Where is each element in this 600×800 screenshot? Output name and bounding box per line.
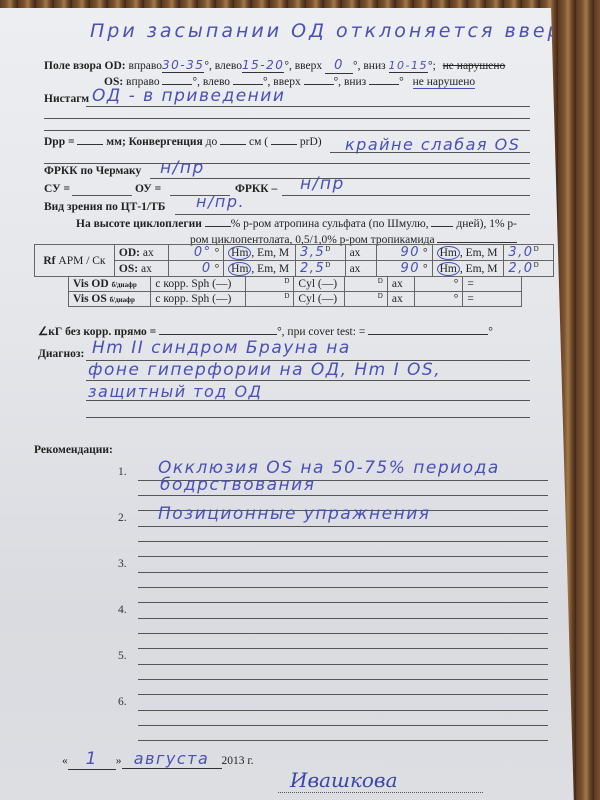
- od-right-field[interactable]: 30-35: [162, 58, 204, 73]
- recommendation-number: 6.: [118, 696, 127, 708]
- date-month-field[interactable]: августа: [122, 749, 222, 769]
- recommendation-line[interactable]: [138, 587, 548, 588]
- atropine-field[interactable]: [205, 226, 231, 227]
- recommendation-line[interactable]: [138, 618, 548, 619]
- prd-label: prD): [300, 136, 322, 148]
- medical-form-sheet: При засыпании ОД отклоняется вверх Поле …: [0, 8, 574, 800]
- rf-os-hm2-circled[interactable]: Hm: [437, 262, 460, 276]
- rf-od-hm2-circled[interactable]: Hm: [437, 246, 460, 260]
- convergence-to-label: до: [206, 136, 218, 148]
- recommendation-text[interactable]: Позиционные упражнения: [158, 504, 430, 524]
- cycloplegia-text1: % р-ром атропина сульфата (по Шмулю,: [231, 218, 429, 230]
- rf-title-cell: Rf АРМ / Ск: [35, 245, 115, 277]
- vision-type-label: Вид зрения по ЦТ-1/ТБ: [44, 201, 165, 213]
- od-up-field[interactable]: 0: [325, 58, 353, 74]
- recommendation-line[interactable]: [138, 710, 548, 711]
- nystagmus-label: Нистагм: [44, 93, 89, 105]
- ax-label: ax: [143, 247, 154, 259]
- degree-sign: °: [423, 263, 428, 275]
- os-left-field[interactable]: [233, 84, 263, 85]
- recommendation-line[interactable]: [138, 495, 548, 496]
- recommendation-line[interactable]: [138, 526, 548, 527]
- vis-od-cyl-field[interactable]: D: [345, 277, 388, 292]
- equals-sign: =: [467, 293, 474, 305]
- vis-od-sph-field[interactable]: D: [245, 277, 294, 292]
- diagnosis-line-1[interactable]: Нm II синдром Брауна на: [92, 338, 351, 358]
- form-line: [86, 400, 530, 401]
- ax-label: ax: [387, 292, 414, 307]
- recommendation-number: 5.: [118, 650, 127, 662]
- rf-options: , Em, M: [251, 263, 289, 275]
- degree-sign: °: [454, 278, 459, 290]
- vis-os-cyl-field[interactable]: D: [345, 292, 388, 307]
- recommendation-line[interactable]: [138, 633, 548, 634]
- rf-os-ax1[interactable]: 0: [202, 261, 212, 276]
- os-down-field[interactable]: [369, 84, 399, 85]
- cycloplegia-text2: дней), 1% р-: [456, 218, 517, 230]
- vis-od-ax-field[interactable]: °: [414, 277, 463, 292]
- ax-label: ax: [141, 263, 152, 275]
- dpp-row: Dpp = мм; Конвергенция до см ( prD): [44, 136, 322, 148]
- visual-field-od-label: Поле взора OD:: [44, 60, 126, 72]
- diopter-sign: D: [378, 277, 383, 285]
- recommendation-number: 4.: [118, 604, 127, 616]
- signature[interactable]: Ивашкова: [290, 768, 398, 792]
- vis-os-label: Vis OS: [73, 293, 107, 305]
- dpp-unit: мм; Конвергенция: [106, 136, 203, 148]
- frkk-value[interactable]: н/пр: [300, 174, 345, 194]
- prd-field[interactable]: [271, 144, 297, 145]
- recommendation-line[interactable]: [138, 664, 548, 665]
- vis-os-cyl: Cyl (—): [294, 292, 345, 307]
- ax-label: ax: [387, 277, 414, 292]
- frkk-chermak-label: ФРКК по Чермаку: [44, 165, 141, 177]
- degree-sign: °: [215, 263, 220, 275]
- diagnosis-line-2[interactable]: фоне гиперфории на ОД, Нm I OS,: [88, 360, 441, 380]
- vision-type-line: [175, 214, 530, 215]
- angle-field[interactable]: [159, 334, 277, 335]
- form-line: [86, 380, 530, 381]
- equals-sign: =: [467, 278, 474, 290]
- down-label: вниз: [344, 76, 366, 88]
- recommendation-line[interactable]: [138, 556, 548, 557]
- rf-od-sph2[interactable]: 3,0: [508, 245, 533, 260]
- recommendation-line[interactable]: [138, 679, 548, 680]
- recommendation-number: 1.: [118, 466, 127, 478]
- frkk-line: [282, 195, 530, 196]
- cycloplegia-label: На высоте циклоплегии: [76, 218, 202, 230]
- angle-row: ∠кГ без корр. прямо = °, при cover test:…: [38, 324, 493, 338]
- date-day-field[interactable]: 1: [68, 749, 116, 770]
- signature-line: [278, 792, 483, 793]
- dpp-field[interactable]: [77, 144, 103, 145]
- rf-os-hm-circled[interactable]: Hm: [228, 262, 251, 276]
- degree-sign: °: [488, 326, 493, 338]
- vis-od-label: Vis OD: [73, 278, 109, 290]
- rf-os-ax2[interactable]: 90: [401, 261, 421, 276]
- visual-field-od-row: Поле взора OD: вправо30-35°, влево15-20°…: [44, 58, 505, 74]
- recommendation-line[interactable]: [138, 648, 548, 649]
- diagnosis-label: Диагноз:: [38, 348, 84, 360]
- od-status[interactable]: не нарушено: [443, 60, 506, 72]
- diopter-sign: D: [284, 292, 289, 300]
- nystagmus-line: [86, 106, 530, 107]
- vision-type-value[interactable]: н/пр.: [196, 192, 245, 211]
- cm-label: см (: [249, 136, 268, 148]
- recommendation-line[interactable]: [138, 694, 548, 695]
- diopter-sign: D: [284, 277, 289, 285]
- vis-od-result-field[interactable]: =: [463, 277, 522, 292]
- rf-od-sph[interactable]: 3,5: [300, 245, 325, 260]
- rf-od-label: OD:: [119, 247, 140, 259]
- date-row: «1»августа2013 г.: [62, 749, 254, 770]
- right-label: вправо: [128, 60, 162, 72]
- recommendation-line[interactable]: [138, 740, 548, 741]
- convergence-line: [330, 152, 530, 153]
- form-line: [44, 130, 530, 131]
- form-line: [44, 118, 530, 119]
- frkk-chermak-value[interactable]: н/пр: [160, 158, 205, 178]
- tropicamide-field[interactable]: [437, 242, 517, 243]
- vis-od-sub: б/диафр: [112, 281, 137, 289]
- cover-test-label: °, при cover test: =: [277, 326, 365, 338]
- vis-os-sub: б/диафр: [110, 296, 135, 304]
- rf-options: , Em, M: [460, 247, 498, 259]
- od-down-field[interactable]: 10-15: [389, 59, 428, 73]
- nystagmus-value[interactable]: ОД - в приведении: [92, 86, 285, 106]
- diopter-sign: D: [378, 292, 383, 300]
- recommendation-line[interactable]: [138, 572, 548, 573]
- rf-od-hm-circled[interactable]: Hm: [228, 246, 251, 260]
- recommendations-label: Рекомендации:: [34, 444, 113, 456]
- vis-row-od: Vis OD б/диафр с корр. Sph (—) D Cyl (—)…: [69, 277, 522, 292]
- rf-options: , Em, M: [251, 247, 289, 259]
- ax-label: ax: [345, 261, 376, 277]
- os-status[interactable]: не нарушено: [413, 76, 476, 89]
- cycloplegia-row: На высоте циклоплегии % р-ром атропина с…: [76, 218, 517, 230]
- rf-od-ax1[interactable]: 0°: [194, 245, 212, 260]
- recommendation-number: 3.: [118, 558, 127, 570]
- vis-row-os: Vis OS б/диафр с корр. Sph (—) D Cyl (—)…: [69, 292, 522, 307]
- os-right-field[interactable]: [162, 84, 192, 85]
- recommendation-line[interactable]: [138, 602, 548, 603]
- degree-sign: °: [215, 247, 220, 259]
- recommendation-line[interactable]: [138, 725, 548, 726]
- recommendation-number: 2.: [118, 512, 127, 524]
- down-label: вниз: [363, 60, 385, 72]
- vis-os-ax-field[interactable]: °: [414, 292, 463, 307]
- su-label: СУ =: [44, 183, 70, 195]
- ou-label: ОУ =: [135, 183, 161, 195]
- vis-table: Vis OD б/диафр с корр. Sph (—) D Cyl (—)…: [68, 276, 522, 307]
- left-label: влево: [215, 60, 242, 72]
- ax-label: ax: [345, 245, 376, 261]
- cover-test-field[interactable]: [368, 334, 488, 335]
- days-field[interactable]: [431, 226, 453, 227]
- dpp-label: Dpp =: [44, 136, 75, 148]
- vis-od-corr: с корр. Sph (—): [151, 277, 245, 292]
- degree-sign: °: [423, 247, 428, 259]
- vis-os-corr: с корр. Sph (—): [151, 292, 245, 307]
- rf-table: Rf АРМ / Ск OD: ax 0° ° Hm, Em, M 3,5D a…: [34, 244, 554, 277]
- rf-subtitle: АРМ / Ск: [58, 255, 105, 267]
- rf-os-label: OS:: [119, 263, 138, 275]
- rf-row-od: Rf АРМ / Ск OD: ax 0° ° Hm, Em, M 3,5D a…: [35, 245, 554, 261]
- convergence-cm-field[interactable]: [220, 144, 246, 145]
- recommendation-line[interactable]: [138, 541, 548, 542]
- os-up-field[interactable]: [304, 84, 334, 85]
- diopter-sign: D: [534, 245, 539, 253]
- diagnosis-line-3[interactable]: защитный тод ОД: [88, 382, 263, 401]
- od-left-field[interactable]: 15-20: [242, 58, 284, 73]
- vis-os-sph-field[interactable]: D: [245, 292, 294, 307]
- diopter-sign: D: [325, 261, 330, 269]
- form-line: [44, 163, 530, 164]
- angle-label: ∠кГ без корр. прямо =: [38, 326, 156, 338]
- recommendation-text[interactable]: бодрствования: [160, 475, 315, 495]
- vis-od-cyl: Cyl (—): [294, 277, 345, 292]
- date-year: 2013 г.: [222, 755, 254, 767]
- rf-os-sph[interactable]: 2,5: [300, 261, 325, 276]
- diopter-sign: D: [534, 261, 539, 269]
- diopter-sign: D: [325, 245, 330, 253]
- form-line: [86, 417, 530, 418]
- rf-options: , Em, M: [460, 263, 498, 275]
- su-field[interactable]: [72, 195, 132, 196]
- degree-sign: °: [454, 293, 459, 305]
- rf-os-sph2[interactable]: 2,0: [508, 261, 533, 276]
- rf-od-ax2[interactable]: 90: [401, 245, 421, 260]
- vis-os-result-field[interactable]: =: [463, 292, 522, 307]
- header-note: При засыпании ОД отклоняется вверх: [90, 20, 577, 42]
- up-label: вверх: [295, 60, 322, 72]
- rf-title: Rf: [43, 255, 55, 267]
